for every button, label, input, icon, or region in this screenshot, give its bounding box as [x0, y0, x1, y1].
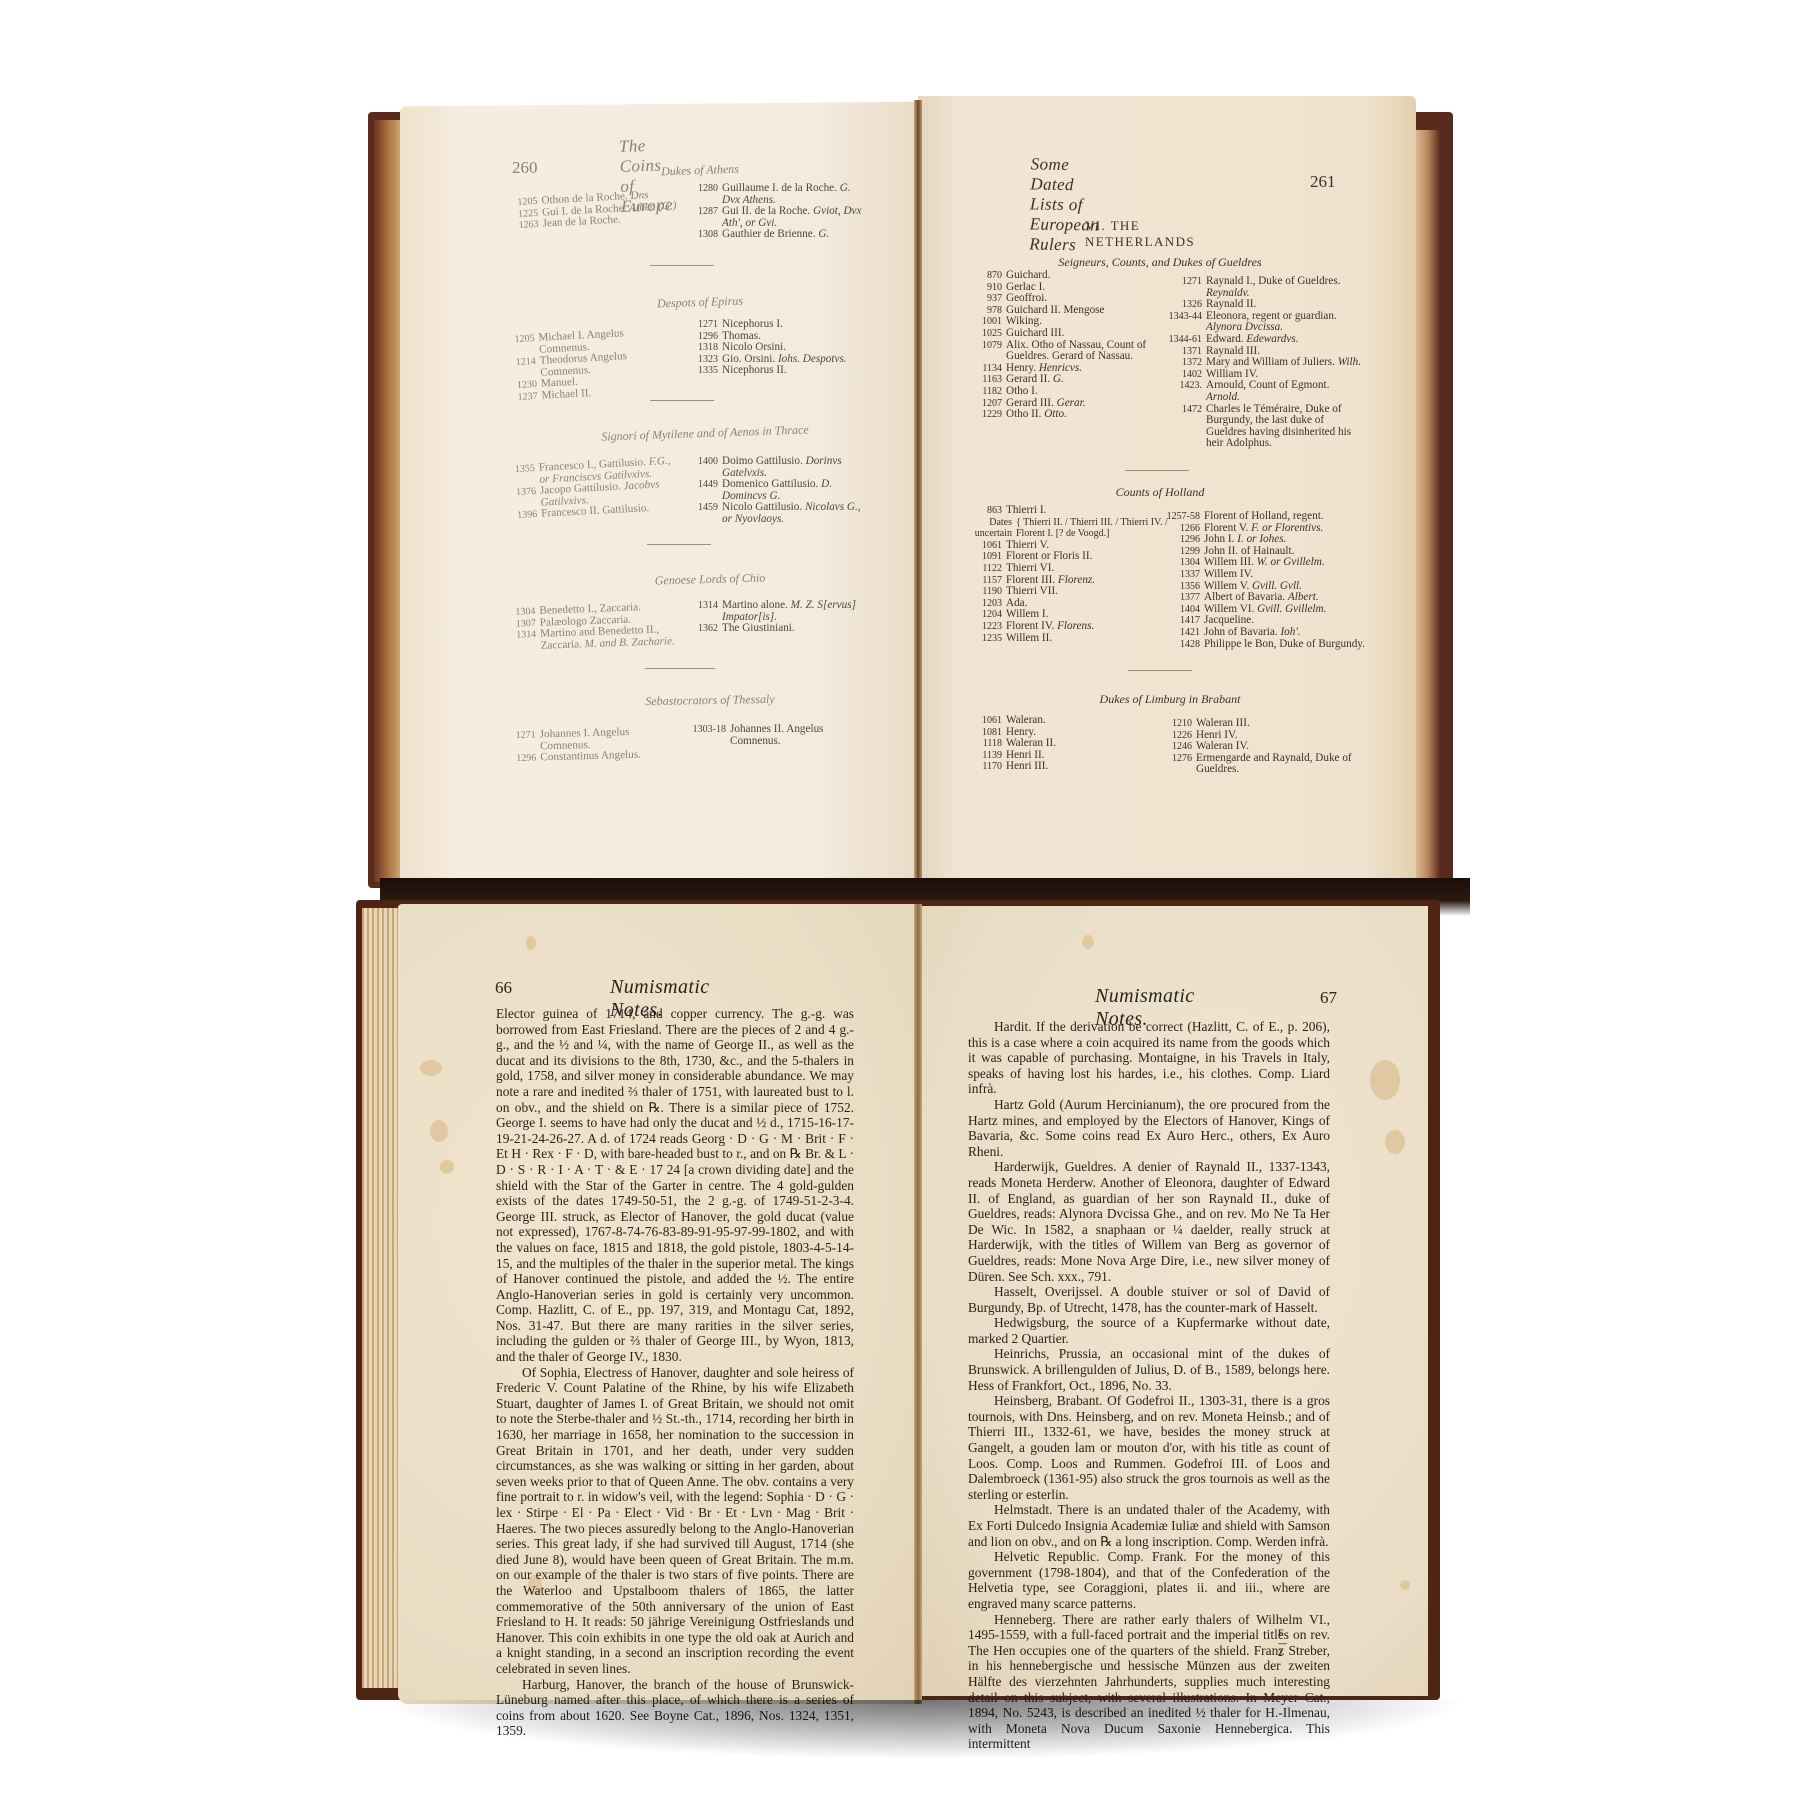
paragraph: Helmstadt. There is an undated thaler of…: [968, 1502, 1330, 1549]
list-item: 1157Florent III. Florenz.: [972, 575, 1172, 587]
section-divider: [650, 265, 714, 266]
section-divider: [650, 400, 714, 401]
list-item: 863Thierri I.: [972, 505, 1172, 517]
list-item: 1421John of Bavaria. Ioh'.: [1160, 627, 1366, 639]
list-item: 1134Henry. Henricvs.: [972, 363, 1172, 375]
body-text: Hardit. If the derivation be correct (Ha…: [968, 1019, 1330, 1752]
paragraph: Heinsberg, Brabant. Of Godefroi II., 130…: [968, 1393, 1330, 1502]
gueldres-left-column: 870Guichard. 910Gerlac I. 937Geoffroi. 9…: [972, 270, 1172, 421]
list-item: 1210Waleran III.: [1162, 718, 1366, 730]
list-item: 1118Waleran II.: [972, 738, 1172, 750]
holland-left-column: 863Thierri I. Dates uncertain{ Thierri I…: [972, 505, 1172, 644]
page-number: 260: [512, 158, 538, 178]
foxing-stain: [1370, 1060, 1400, 1100]
mytilene-right-column: 1400Doimo Gattilusio. Dorinvs Gatelvxis.…: [688, 456, 868, 526]
foxing-stain: [430, 1120, 448, 1142]
list-item: 1304Willem III. W. or Gvillelm.: [1160, 557, 1366, 569]
list-item: 1271Raynald I., Duke of Gueldres. Reynal…: [1162, 276, 1366, 299]
signature-mark: F—2: [1278, 1628, 1287, 1658]
list-item: 1280Guillaume I. de la Roche. G. Dvx Ath…: [688, 183, 866, 206]
section-heading: Counts of Holland: [1080, 485, 1240, 500]
list-item: 1226Henri IV.: [1162, 730, 1366, 742]
bottom-book-page-edges: [362, 908, 400, 1688]
limburg-left-column: 1061Waleran. 1081Henry. 1118Waleran II. …: [972, 715, 1172, 773]
list-item: 910Gerlac I.: [972, 282, 1172, 294]
list-item: 1335Nicephorus II.: [688, 365, 868, 377]
list-item: 1423.Arnould, Count of Egmont. Arnold.: [1162, 380, 1366, 403]
list-item: 1223Florent IV. Florens.: [972, 621, 1172, 633]
list-item: 1139Henri II.: [972, 750, 1172, 762]
chapter-heading: VI. THE NETHERLANDS: [1085, 218, 1195, 250]
list-item: 1308Gauthier de Brienne. G.: [688, 229, 866, 241]
paragraph: Helvetic Republic. Comp. Frank. For the …: [968, 1549, 1330, 1611]
list-item: 1372Mary and William of Juliers. Wilh.: [1162, 357, 1366, 369]
foxing-stain: [420, 1060, 442, 1076]
foxing-stain: [1385, 1130, 1405, 1154]
paragraph: Of Sophia, Electress of Hanover, daughte…: [496, 1365, 854, 1677]
paragraph: Elector guinea of 1714, and copper curre…: [496, 1006, 854, 1365]
paragraph: Hasselt, Overijssel. A double stuiver or…: [968, 1284, 1330, 1315]
list-item: 1276Ermengarde and Raynald, Duke of Guel…: [1162, 753, 1366, 776]
thessaly-right-column: 1303-18Johannes II. Angelus Comnenus.: [686, 724, 868, 747]
list-item: 1207Gerard III. Gerar.: [972, 398, 1172, 410]
holland-right-column: 1257-58Florent of Holland, regent. 1266F…: [1160, 511, 1366, 650]
foxing-stain: [1400, 1580, 1410, 1590]
section-divider: [1125, 470, 1189, 471]
list-item: 1287Gui II. de la Roche. Gviot, Dvx Ath'…: [688, 206, 866, 229]
section-heading: Dukes of Limburg in Brabant: [1070, 692, 1270, 707]
page-number: 261: [1310, 172, 1336, 192]
foxing-stain: [1082, 935, 1094, 949]
limburg-right-column: 1210Waleran III. 1226Henri IV. 1246Waler…: [1162, 718, 1366, 776]
list-item: 1229Otho II. Otto.: [972, 409, 1172, 421]
paragraph: Heinrichs, Prussia, an occasional mint o…: [968, 1346, 1330, 1393]
list-item: 1079Alix. Otho of Nassau, Count of Gueld…: [972, 340, 1172, 363]
list-item: 1235Willem II.: [972, 633, 1172, 645]
section-divider: [647, 544, 711, 545]
chio-right-column: 1314Martino alone. M. Z. S[ervus] Impato…: [688, 600, 868, 635]
list-item: 1303-18Johannes II. Angelus Comnenus.: [686, 724, 868, 747]
list-item: 1449Domenico Gattilusio. D. Domincvs G.: [688, 479, 868, 502]
page-number: 67: [1320, 988, 1337, 1008]
section-divider: [1128, 670, 1192, 671]
bottom-book-shadow: [380, 1700, 1470, 1760]
list-item: 1203Ada.: [972, 598, 1172, 610]
list-item: 1314Martino alone. M. Z. S[ervus] Impato…: [688, 600, 868, 623]
foxing-stain: [526, 936, 536, 950]
list-item: 1404Willem VI. Gvill. Gvillelm.: [1160, 604, 1366, 616]
paragraph: Hedwigsburg, the source of a Kupfermarke…: [968, 1315, 1330, 1346]
section-heading: Seigneurs, Counts, and Dukes of Gueldres: [1040, 255, 1280, 270]
list-item: 1400Doimo Gattilusio. Dorinvs Gatelvxis.: [688, 456, 868, 479]
top-book-gutter: [914, 100, 922, 886]
foxing-stain: [440, 1160, 454, 1174]
list-item: 1025Guichard III.: [972, 328, 1172, 340]
list-item: 1170Henri III.: [972, 761, 1172, 773]
gueldres-right-column: 1271Raynald I., Duke of Gueldres. Reynal…: [1162, 276, 1366, 450]
list-item: 1472Charles le Téméraire, Duke of Burgun…: [1162, 404, 1366, 450]
epirus-left-column: 1205Michael I. Angelus Comnenus. 1214The…: [504, 326, 679, 404]
list-item: 1428Philippe le Bon, Duke of Burgundy.: [1160, 639, 1366, 651]
section-divider: [645, 668, 715, 669]
list-item: 1362The Giustiniani.: [688, 623, 868, 635]
paragraph: Hartz Gold (Aurum Hercinianum), the ore …: [968, 1097, 1330, 1159]
athens-right-column: 1280Guillaume I. de la Roche. G. Dvx Ath…: [688, 183, 866, 241]
page-number: 66: [495, 978, 512, 998]
list-item: 978Guichard II. Mengose: [972, 305, 1172, 317]
list-item: 870Guichard.: [972, 270, 1172, 282]
bottom-book-gutter: [914, 904, 922, 1704]
list-item: 1190Thierri VII.: [972, 586, 1172, 598]
list-item: 1081Henry.: [972, 727, 1172, 739]
list-item: 1163Gerard II. G.: [972, 374, 1172, 386]
list-item: 1271Nicephorus I.: [688, 319, 868, 331]
list-item: 1343-44Eleonora, regent or guardian. Aly…: [1162, 311, 1366, 334]
paragraph: Hardit. If the derivation be correct (Ha…: [968, 1019, 1330, 1097]
list-item: 1344-61Edward. Edewardvs.: [1162, 334, 1366, 346]
thessaly-left-column: 1271Johannes I. Angelus Comnenus. 1296Co…: [506, 726, 679, 765]
list-item: 1459Nicolo Gattilusio. Nicolavs G., or N…: [688, 502, 868, 525]
epirus-right-column: 1271Nicephorus I. 1296Thomas. 1318Nicolo…: [688, 319, 868, 377]
mytilene-left-column: 1355Francesco I., Gattilusio. F.G., or F…: [505, 456, 680, 523]
list-item: 1061Waleran.: [972, 715, 1172, 727]
list-item: Dates uncertain{ Thierri II. / Thierri I…: [972, 517, 1172, 540]
list-item: 1001Wiking.: [972, 316, 1172, 328]
paragraph: Harderwijk, Gueldres. A denier of Raynal…: [968, 1159, 1330, 1284]
body-text: Elector guinea of 1714, and copper curre…: [496, 1006, 854, 1739]
chio-left-column: 1304Benedetto I., Zaccaria. 1307Palæolog…: [505, 601, 679, 653]
list-item: 1091Florent or Floris II.: [972, 551, 1172, 563]
